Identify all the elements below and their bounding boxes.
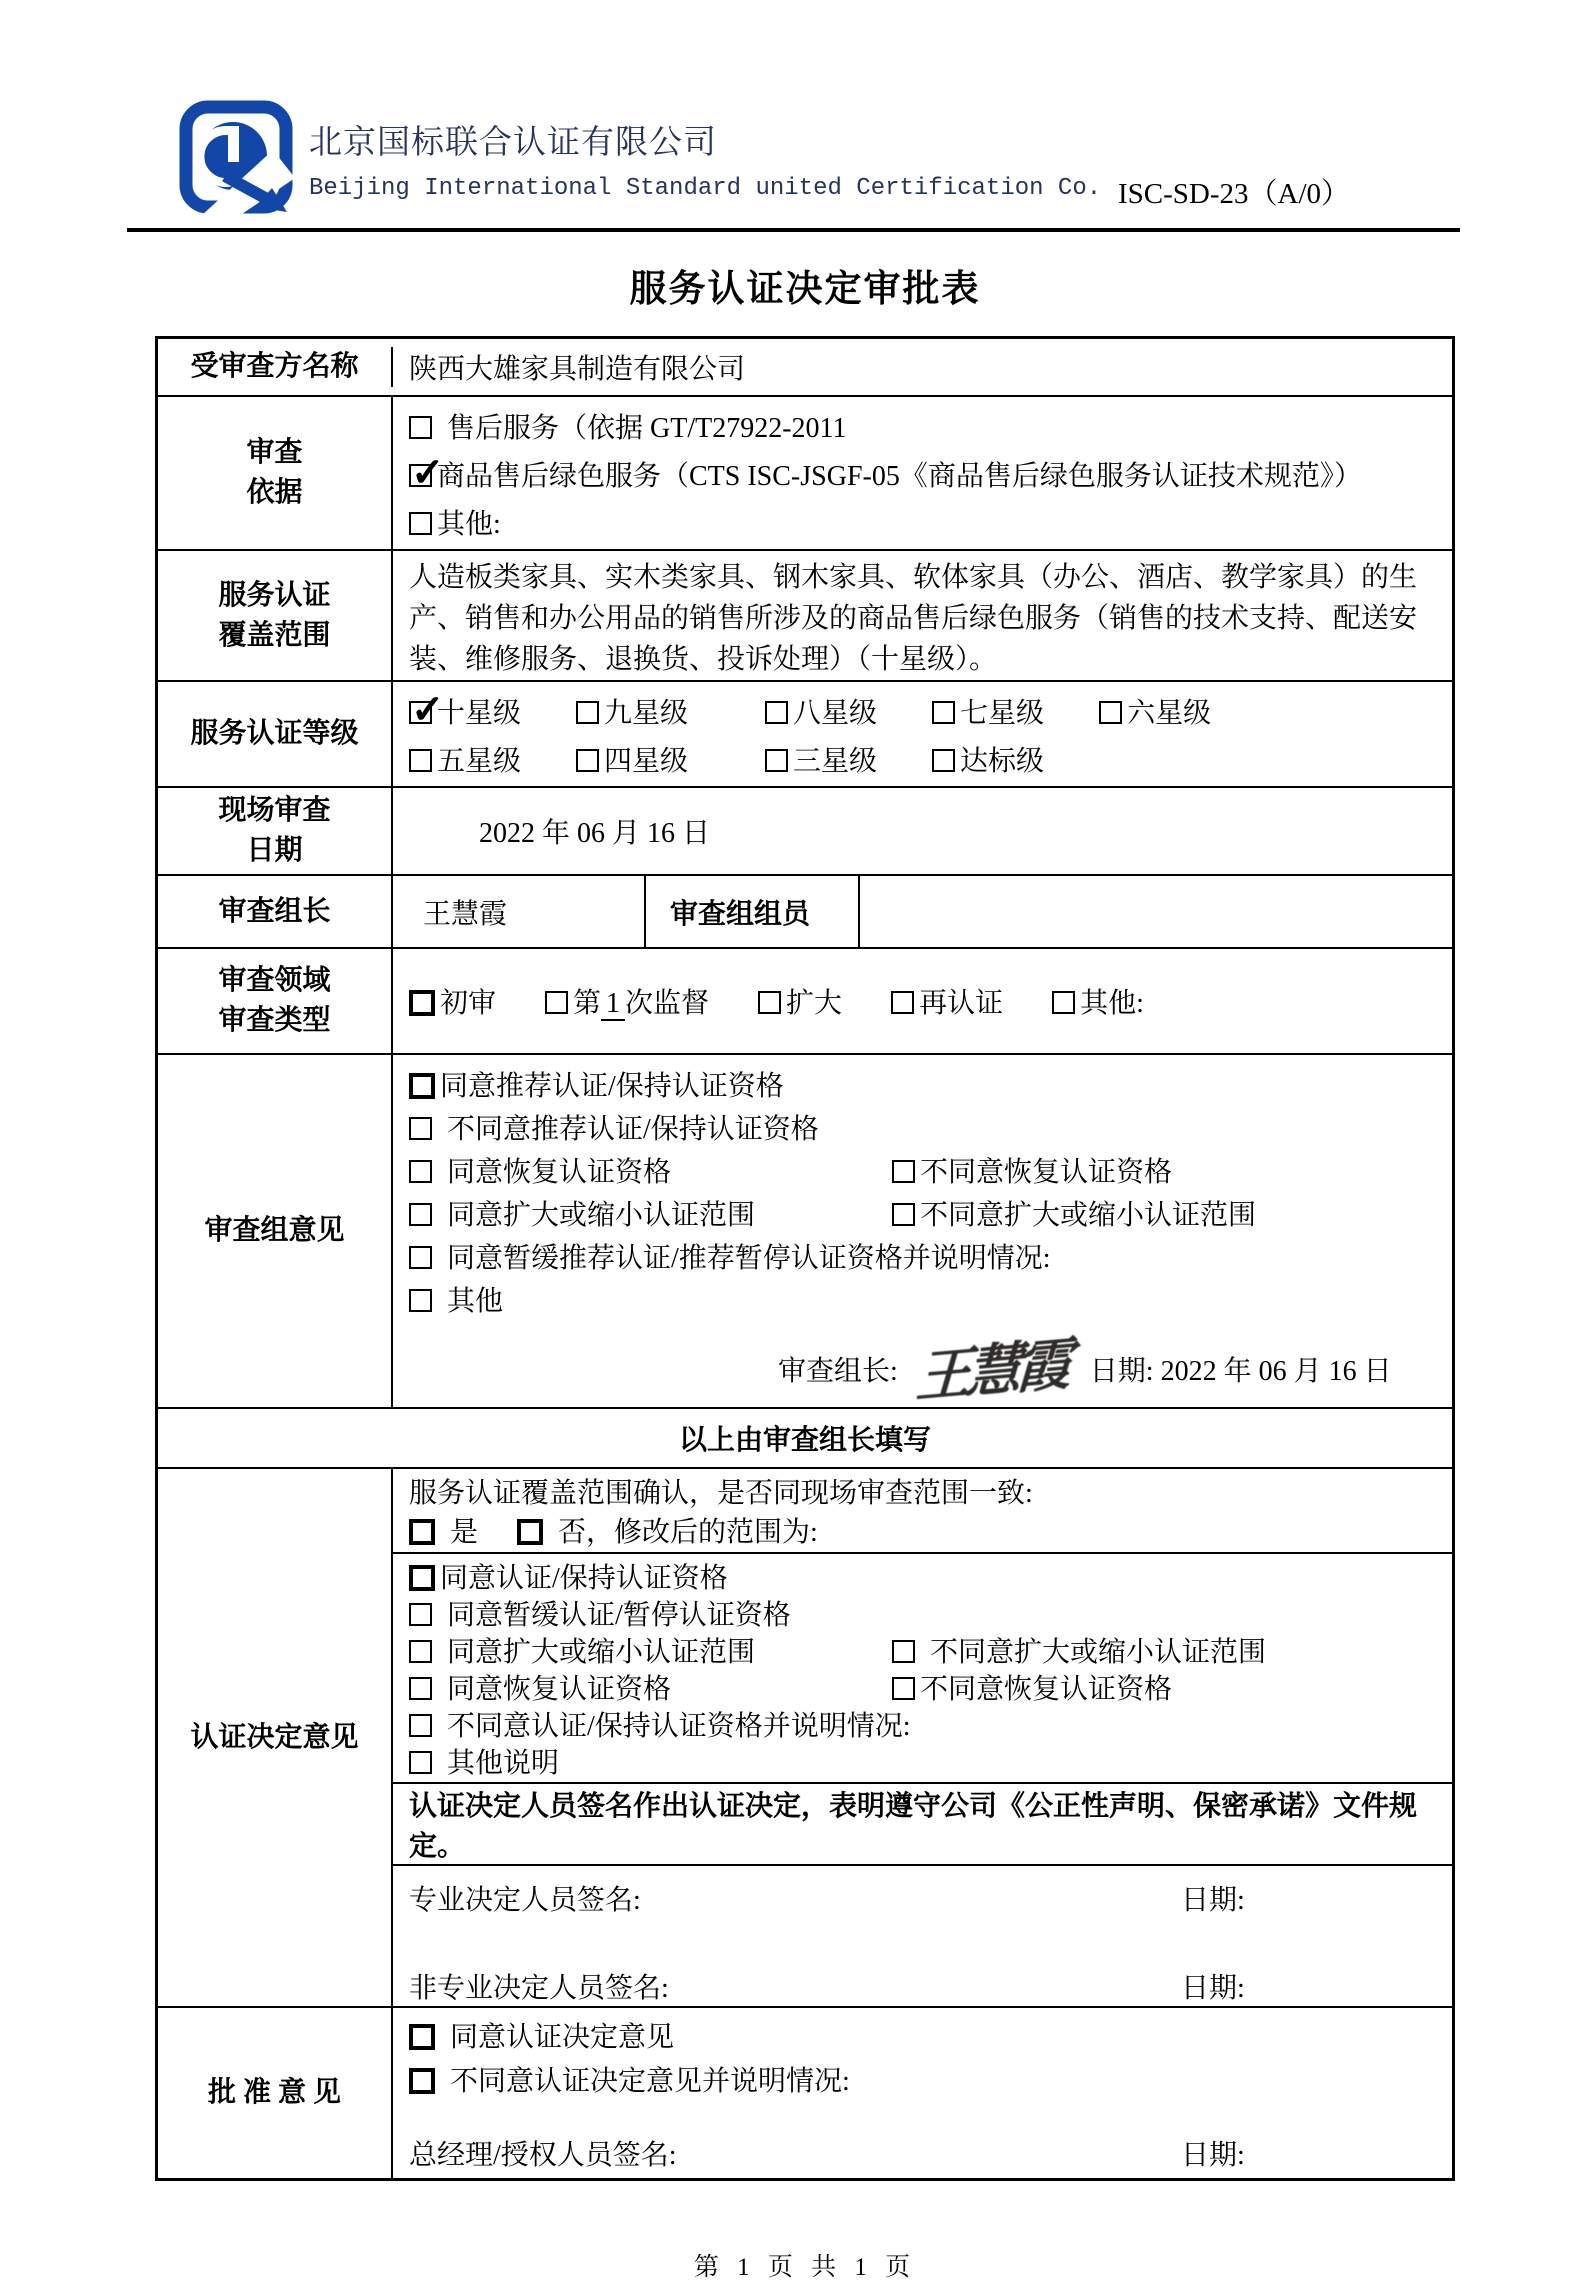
page: { "header": { "company_cn": "北京国标联合认证有限公… (0, 0, 1587, 2245)
checkbox[interactable] (892, 1640, 915, 1663)
pro-date-label: 日期: (1181, 1885, 1245, 1916)
auditee-value: 陕西大雄家具制造有限公司 (409, 347, 1444, 387)
row-approval: 批 准 意 见 同意认证决定意见 不同意认证决定意见并说明情况: 总经理/授权人… (158, 2008, 1452, 2178)
coverage-text: 人造板类家具、实木类家具、钢木家具、软体家具（办公、酒店、教学家具）的生产、销售… (393, 551, 1452, 680)
checkbox[interactable] (576, 749, 599, 772)
team-opinion-label: 审查组意见 (158, 1055, 393, 1407)
checkbox[interactable] (892, 1203, 915, 1226)
checkbox[interactable] (932, 749, 955, 772)
page-title: 服务认证决定审批表 (155, 258, 1455, 312)
auditee-label: 受审查方名称 (158, 347, 393, 387)
company-name-cn: 北京国标联合认证有限公司 (309, 116, 1101, 163)
audit-basis-label: 审查 依据 (158, 397, 393, 549)
row-audit-date: 现场审查 日期 2022 年 06 月 16 日 (158, 788, 1452, 876)
row-audit-basis: 审查 依据 售后服务（依据 GT/T27922-2011 商品售后绿色服务（CT… (158, 397, 1452, 551)
gm-date-label: 日期: (1181, 2140, 1245, 2171)
audit-type-label: 审查领域 审查类型 (158, 949, 393, 1053)
checkbox[interactable] (409, 1640, 432, 1663)
pro-sign-label: 专业决定人员签名: (409, 1878, 1174, 1918)
sign-date: 2022 年 06 月 16 日 (1161, 1356, 1392, 1387)
checkbox[interactable] (409, 2068, 435, 2094)
row-auditee: 受审查方名称 陕西大雄家具制造有限公司 (158, 339, 1452, 397)
checkbox[interactable] (409, 1714, 432, 1737)
approval-form-table: 受审查方名称 陕西大雄家具制造有限公司 审查 依据 售后服务（依据 GT/T27… (155, 336, 1455, 2181)
checkbox[interactable] (576, 701, 599, 724)
checkbox[interactable] (892, 1160, 915, 1183)
gm-sign-label: 总经理/授权人员签名: (409, 2134, 1174, 2178)
coverage-label: 服务认证 覆盖范围 (158, 551, 393, 680)
nonpro-date-label: 日期: (1181, 1973, 1245, 2004)
company-name-en: Beijing International Standard united Ce… (309, 175, 1101, 202)
decision-options: 同意认证/保持认证资格 同意暂缓认证/暂停认证资格 同意扩大或缩小认证范围 不同… (393, 1554, 1452, 1784)
row-audit-type: 审查领域 审查类型 初审 第1次监督 扩大 再认证 其他: (158, 949, 1452, 1055)
scope-confirm-title: 服务认证覆盖范围确认，是否同现场审查范围一致: (409, 1474, 1444, 1513)
approval-label: 批 准 意 见 (158, 2008, 393, 2178)
basis-option: 其他: (409, 501, 1444, 549)
checkbox[interactable] (891, 991, 914, 1014)
supervision-number: 1 (601, 988, 625, 1021)
checkbox[interactable] (409, 990, 435, 1016)
team-leader-sign-line: 审查组长:王慧霞日期: 2022 年 06 月 16 日 (409, 1327, 1444, 1407)
isc-logo-icon (179, 100, 295, 216)
checkbox[interactable] (409, 1160, 432, 1183)
checkbox[interactable] (932, 701, 955, 724)
checkbox[interactable] (545, 991, 568, 1014)
row-audit-team: 审查组长 王慧霞 审查组组员 (158, 876, 1452, 949)
decision-scope-confirm: 服务认证覆盖范围确认，是否同现场审查范围一致: 是 否，修改后的范围为: (393, 1469, 1452, 1554)
checkbox[interactable] (409, 1117, 432, 1140)
checkbox[interactable] (409, 749, 432, 772)
basis-option: 售后服务（依据 GT/T27922-2011 (409, 405, 1444, 453)
checkbox[interactable] (765, 749, 788, 772)
doc-number: ISC-SD-23（A/0） (1118, 171, 1350, 212)
checkbox[interactable] (409, 1246, 432, 1269)
checkbox[interactable] (409, 1073, 435, 1099)
document-header: 北京国标联合认证有限公司 Beijing International Stand… (127, 0, 1460, 222)
checkbox[interactable] (409, 416, 432, 439)
grade-label: 服务认证等级 (158, 682, 393, 786)
row-team-opinion: 审查组意见 同意推荐认证/保持认证资格 不同意推荐认证/保持认证资格 同意恢复认… (158, 1055, 1452, 1409)
team-leader-label: 审查组长 (158, 876, 393, 947)
page-number: 第 1 页 共 1 页 (155, 2247, 1455, 2283)
checkbox[interactable] (409, 1519, 435, 1545)
checkbox[interactable] (758, 991, 781, 1014)
nonpro-sign-label: 非专业决定人员签名: (409, 1966, 1174, 2006)
checkbox[interactable] (409, 1289, 432, 1312)
row-decision: 认证决定意见 服务认证覆盖范围确认，是否同现场审查范围一致: 是 否，修改后的范… (158, 1469, 1452, 2008)
row-coverage: 服务认证 覆盖范围 人造板类家具、实木类家具、钢木家具、软体家具（办公、酒店、教… (158, 551, 1452, 682)
team-leader-value: 王慧霞 (393, 876, 646, 947)
checkbox[interactable] (409, 2024, 435, 2050)
checkbox[interactable] (409, 1565, 435, 1591)
checkbox[interactable] (409, 701, 432, 724)
checkbox[interactable] (409, 464, 432, 487)
row-leader-note: 以上由审查组长填写 (158, 1409, 1452, 1469)
leader-note-text: 以上由审查组长填写 (158, 1409, 1452, 1467)
team-members-value (860, 876, 1452, 947)
checkbox[interactable] (892, 1677, 915, 1700)
team-members-label: 审查组组员 (646, 876, 860, 947)
checkbox[interactable] (409, 1203, 432, 1226)
checkbox[interactable] (409, 1603, 432, 1626)
checkbox[interactable] (409, 1751, 432, 1774)
leader-signature: 王慧霞 (914, 1320, 1068, 1414)
audit-date-label: 现场审查 日期 (158, 788, 393, 874)
checkbox[interactable] (409, 1677, 432, 1700)
header-divider (127, 228, 1460, 232)
grade-row2: 五星级 四星级 三星级 达标级 (409, 738, 1444, 786)
basis-option: 商品售后绿色服务（CTS ISC-JSGF-05《商品售后绿色服务认证技术规范》… (409, 453, 1444, 501)
checkbox[interactable] (1052, 991, 1075, 1014)
checkbox[interactable] (517, 1519, 543, 1545)
checkbox[interactable] (409, 512, 432, 535)
row-grade: 服务认证等级 十星级 九星级 八星级 七星级 六星级 五星级 四星级 三星级 达… (158, 682, 1452, 788)
decision-statement: 认证决定人员签名作出认证决定，表明遵守公司《公正性声明、保密承诺》文件规定。 (393, 1784, 1452, 1866)
audit-date-value: 2022 年 06 月 16 日 (479, 811, 710, 851)
checkbox[interactable] (765, 701, 788, 724)
checkbox[interactable] (1099, 701, 1122, 724)
decision-label: 认证决定意见 (158, 1469, 393, 2006)
decision-signatures: 专业决定人员签名: 日期: 非专业决定人员签名: 日期: (393, 1866, 1452, 2006)
grade-row1: 十星级 九星级 八星级 七星级 六星级 (409, 690, 1444, 738)
